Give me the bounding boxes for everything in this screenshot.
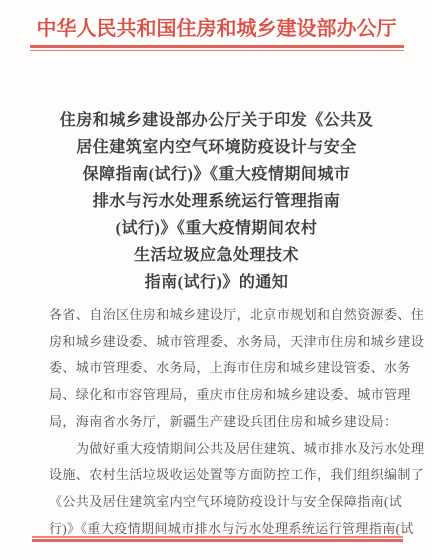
- page-footer-divider: [32, 536, 403, 542]
- notice-body-line: 局，海南省水务厅，新疆生产建设兵团住房和城乡建设局：: [49, 409, 420, 436]
- notice-body-line: 《公共及居住建筑室内空气环境防疫设计与安全保障指南(试: [49, 489, 420, 516]
- notice-body: 各省、自治区住房和城乡建设厅，北京市规划和自然资源委、住房和城乡建设委、城市管理…: [49, 302, 420, 542]
- notice-title-line: 保障指南(试行)》《重大疫情期间城市: [0, 161, 433, 188]
- letterhead-agency-title: 中华人民共和国住房和城乡建设部办公厅: [0, 12, 433, 41]
- notice-title-line: 生活垃圾应急处理技术: [0, 242, 433, 269]
- letterhead-divider-thin-line: [30, 50, 404, 51]
- notice-body-line: 设施、农村生活垃圾收运处置等方面防控工作，我们组织编制了: [49, 462, 420, 489]
- footer-divider-thin-line: [32, 536, 403, 538]
- notice-body-line: 各省、自治区住房和城乡建设厅，北京市规划和自然资源委、住: [49, 302, 420, 329]
- notice-title-line: 排水与污水处理系统运行管理指南: [0, 188, 433, 215]
- notice-body-line: 委、城市管理委、水务局，上海市住房和城乡建设管委、水务: [49, 355, 420, 382]
- notice-title-line: (试行)》《重大疫情期间农村: [0, 215, 433, 242]
- footer-divider-thick-line: [32, 539, 403, 542]
- notice-body-line: 房和城乡建设委、城市管理委、水务局，天津市住房和城乡建设: [49, 329, 420, 356]
- document-page: 中华人民共和国住房和城乡建设部办公厅 住房和城乡建设部办公厅关于印发《公共及居住…: [0, 0, 433, 559]
- letterhead-divider-thick-line: [30, 45, 404, 48]
- notice-title: 住房和城乡建设部办公厅关于印发《公共及居住建筑室内空气环境防疫设计与安全保障指南…: [0, 107, 433, 296]
- notice-title-line: 居住建筑室内空气环境防疫设计与安全: [0, 134, 433, 161]
- notice-body-line: 为做好重大疫情期间公共及居住建筑、城市排水及污水处理: [49, 436, 420, 463]
- notice-body-line: 局、绿化和市容管理局，重庆市住房和城乡建设委、城市管理: [49, 382, 420, 409]
- notice-title-line: 指南(试行)》的通知: [0, 269, 433, 296]
- letterhead-divider: [30, 45, 404, 51]
- notice-title-line: 住房和城乡建设部办公厅关于印发《公共及: [0, 107, 433, 134]
